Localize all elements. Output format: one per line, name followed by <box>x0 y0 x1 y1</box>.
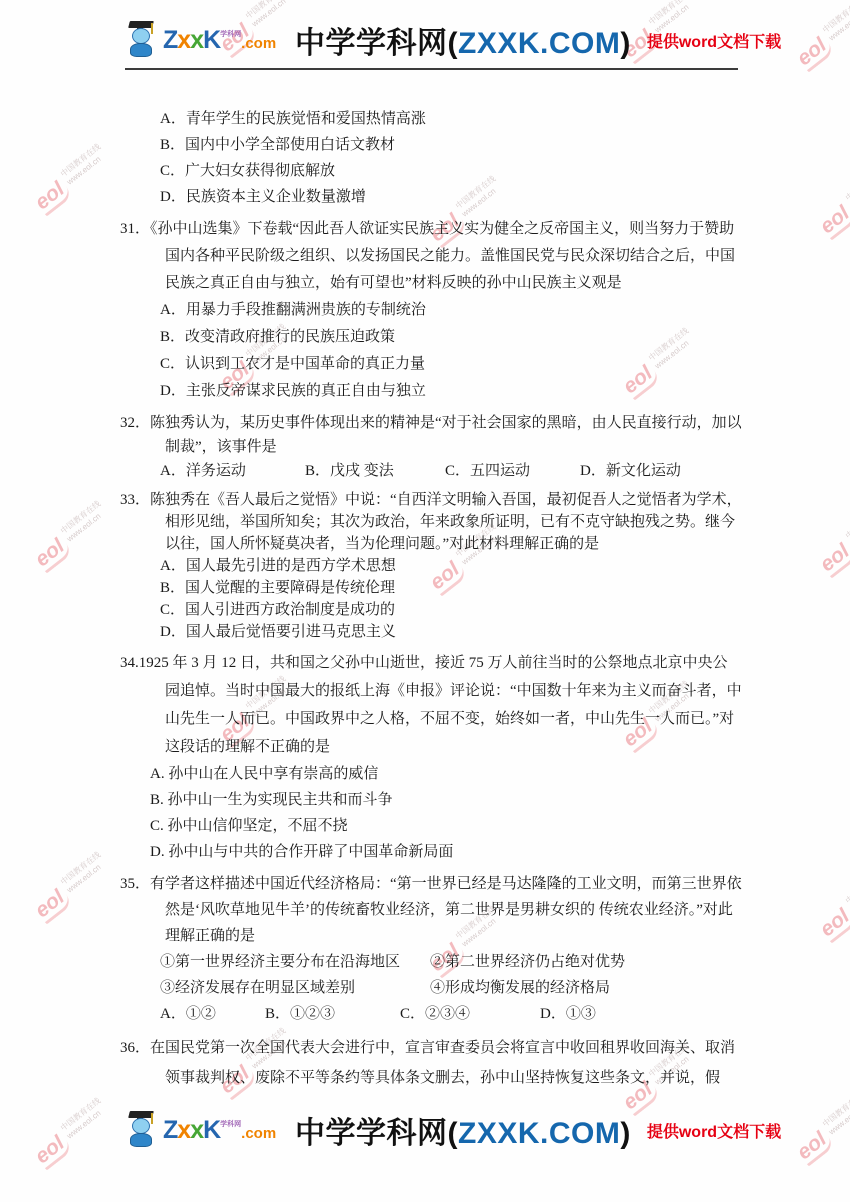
eol-brand-text: eol <box>31 533 73 574</box>
option: C．国人引进西方政治制度是成功的 <box>160 599 742 621</box>
site-title-blue: ZXXK.COM <box>458 27 620 60</box>
eol-watermark-icon: eol中国教育在线www.eol.cn <box>31 501 114 573</box>
question-stem: 31．《孙中山选集》下卷载“因此吾人欲证实民族主义实为健全之反帝国主义，则当努力… <box>120 216 742 297</box>
logo-letter: Z <box>163 1116 177 1144</box>
eol-brand-text: eol <box>816 903 850 944</box>
option: D．国人最后觉悟要引进马克思主义 <box>160 621 742 643</box>
site-title-black: 中学学科网 <box>295 1117 448 1150</box>
option: B．改变清政府推行的民族压迫政策 <box>160 324 742 351</box>
option: D．新文化运动 <box>580 459 681 483</box>
question-number: 36． <box>120 1040 150 1056</box>
logo-letter: x <box>177 26 190 54</box>
eol-brand-text: eol <box>816 538 850 579</box>
logo-letter: x <box>190 1116 203 1144</box>
eol-caption-text: 中国教育在线www.eol.cn <box>59 850 109 895</box>
question-number: 33． <box>120 492 150 508</box>
eol-caption-text: 中国教育在线www.eol.cn <box>59 1096 109 1141</box>
question-stem: 32．陈独秀认为，某历史事件体现出来的精神是“对于社会国家的黑暗，由人民直接行动… <box>120 411 742 459</box>
zxxk-wordmark: ZxxK学科网.com <box>163 28 276 53</box>
site-title-black: 中学学科网 <box>295 27 448 60</box>
question-stem: 36．在国民党第一次全国代表大会进行中，宣言审查委员会将宣言中收回租界收回海关、… <box>120 1033 742 1093</box>
site-title-paren: ( <box>448 27 459 60</box>
eol-caption-text: 中国教育在线www.eol.cn <box>821 1092 850 1137</box>
question-subitems: ①第一世界经济主要分布在沿海地区 ②第二世界经济仍占绝对优势 ③经济发展存在明显… <box>120 949 742 1001</box>
option: B．国内中小学全部使用白话文教材 <box>160 132 742 158</box>
logo-letter: Z <box>163 26 177 54</box>
option: B．国人觉醒的主要障碍是传统伦理 <box>160 577 742 599</box>
question-31: 31．《孙中山选集》下卷载“因此吾人欲证实民族主义实为健全之反帝国主义，则当努力… <box>120 216 742 405</box>
option: C．广大妇女获得彻底解放 <box>160 158 742 184</box>
zxxk-logo: ZxxK学科网.com <box>125 19 295 61</box>
question-35: 35．有学者这样描述中国近代经济格局：“第一世界已经是马达隆隆的工业文明，而第三… <box>120 871 742 1027</box>
option: D．主张反帝谋求民族的真正自由与独立 <box>160 378 742 405</box>
question-number: 31． <box>120 221 150 237</box>
eol-brand-text: eol <box>31 884 73 925</box>
site-title-paren: ( <box>448 1117 459 1150</box>
eol-caption-text: 中国教育在线www.eol.cn <box>844 869 850 914</box>
site-title: 中学学科网(ZXXK.COM) <box>295 1108 631 1152</box>
logo-letter: x <box>190 26 203 54</box>
exam-content: A．青年学生的民族觉悟和爱国热情高涨 B．国内中小学全部使用白话文教材 C．广大… <box>120 106 742 1099</box>
eol-watermark-icon: eol中国教育在线www.eol.cn <box>793 1094 850 1166</box>
word-download-promo: 提供word文档下载 <box>647 29 781 52</box>
question-stem: 34.1925 年 3 月 12 日，共和国之父孙中山逝世，接近 75 万人前往… <box>120 649 742 761</box>
page-header: ZxxK学科网.com 中学学科网(ZXXK.COM) 提供word文档下载 <box>125 18 738 70</box>
option: C. 孙中山信仰坚定，不屈不挠 <box>150 813 742 839</box>
logo-letter: K <box>203 1116 220 1144</box>
option: D．民族资本主义企业数量激增 <box>160 184 742 210</box>
eol-caption-text: 中国教育在线www.eol.cn <box>844 166 850 211</box>
eol-watermark-icon: eol中国教育在线www.eol.cn <box>31 1098 114 1170</box>
eol-brand-text: eol <box>793 32 835 73</box>
option: A．青年学生的民族觉悟和爱国热情高涨 <box>160 106 742 132</box>
option: A．用暴力手段推翻满洲贵族的专制统治 <box>160 297 742 324</box>
page-footer: ZxxK学科网.com 中学学科网(ZXXK.COM) 提供word文档下载 <box>125 1104 738 1156</box>
eol-watermark-icon: eol中国教育在线www.eol.cn <box>31 144 114 216</box>
logo-dotcom: .com <box>241 1125 276 1142</box>
subitem-row: ①第一世界经济主要分布在沿海地区 ②第二世界经济仍占绝对优势 <box>160 949 742 975</box>
eol-brand-text: eol <box>816 200 850 241</box>
question-number: 34. <box>120 655 139 671</box>
zxxk-wordmark: ZxxK学科网.com <box>163 1118 276 1143</box>
question-33: 33．陈独秀在《吾人最后之觉悟》中说：“自西洋文明输入吾国，最初促吾人之觉悟者为… <box>120 489 742 643</box>
logo-subtext: 学科网 <box>220 1121 241 1128</box>
question-number: 35． <box>120 876 150 892</box>
site-title-paren: ) <box>620 27 631 60</box>
question-stem: 33．陈独秀在《吾人最后之觉悟》中说：“自西洋文明输入吾国，最初促吾人之觉悟者为… <box>120 489 742 555</box>
eol-caption-text: 中国教育在线www.eol.cn <box>59 499 109 544</box>
question-32: 32．陈独秀认为，某历史事件体现出来的精神是“对于社会国家的黑暗，由人民直接行动… <box>120 411 742 483</box>
question-stem: 35．有学者这样描述中国近代经济格局：“第一世界已经是马达隆隆的工业文明，而第三… <box>120 871 742 949</box>
eol-watermark-icon: eol中国教育在线www.eol.cn <box>816 871 850 943</box>
site-title-blue: ZXXK.COM <box>458 1117 620 1150</box>
option: C．②③④ <box>400 1001 540 1027</box>
eol-brand-text: eol <box>31 176 73 217</box>
eol-watermark-icon: eol中国教育在线www.eol.cn <box>793 0 850 72</box>
subitem-row: ③经济发展存在明显区域差别 ④形成均衡发展的经济格局 <box>160 975 742 1001</box>
logo-dotcom: .com <box>241 35 276 52</box>
logo-subtext: 学科网 <box>220 31 241 38</box>
question-30-options: A．青年学生的民族觉悟和爱国热情高涨 B．国内中小学全部使用白话文教材 C．广大… <box>120 106 742 210</box>
option: C．认识到工农才是中国革命的真正力量 <box>160 351 742 378</box>
eol-brand-text: eol <box>793 1126 835 1167</box>
site-title: 中学学科网(ZXXK.COM) <box>295 18 631 62</box>
zxxk-logo: ZxxK学科网.com <box>125 1109 295 1151</box>
eol-watermark-icon: eol中国教育在线www.eol.cn <box>816 168 850 240</box>
site-title-paren: ) <box>620 1117 631 1150</box>
question-number: 32． <box>120 415 150 431</box>
option: D. 孙中山与中共的合作开辟了中国革命新局面 <box>150 839 742 865</box>
logo-letter: x <box>177 1116 190 1144</box>
option: A．国人最先引进的是西方学术思想 <box>160 555 742 577</box>
option: B. 孙中山一生为实现民主共和而斗争 <box>150 787 742 813</box>
option: B．戊戌 变法 <box>305 459 445 483</box>
eol-caption-text: 中国教育在线www.eol.cn <box>821 0 850 43</box>
eol-caption-text: 中国教育在线www.eol.cn <box>844 504 850 549</box>
option: D．①③ <box>540 1001 596 1027</box>
option: B．①②③ <box>265 1001 400 1027</box>
graduate-mascot-icon <box>125 1109 159 1151</box>
eol-brand-text: eol <box>31 1130 73 1171</box>
option: A．①② <box>160 1001 265 1027</box>
logo-letter: K <box>203 26 220 54</box>
word-download-promo: 提供word文档下载 <box>647 1119 781 1142</box>
question-34: 34.1925 年 3 月 12 日，共和国之父孙中山逝世，接近 75 万人前往… <box>120 649 742 865</box>
graduate-mascot-icon <box>125 19 159 61</box>
eol-caption-text: 中国教育在线www.eol.cn <box>59 142 109 187</box>
option: A．洋务运动 <box>160 459 305 483</box>
option: A. 孙中山在人民中享有崇高的威信 <box>150 761 742 787</box>
question-36: 36．在国民党第一次全国代表大会进行中，宣言审查委员会将宣言中收回租界收回海关、… <box>120 1033 742 1093</box>
eol-watermark-icon: eol中国教育在线www.eol.cn <box>31 852 114 924</box>
eol-watermark-icon: eol中国教育在线www.eol.cn <box>816 506 850 578</box>
exam-document-page: eol中国教育在线www.eol.cneol中国教育在线www.eol.cneo… <box>0 0 850 1202</box>
option: C．五四运动 <box>445 459 580 483</box>
